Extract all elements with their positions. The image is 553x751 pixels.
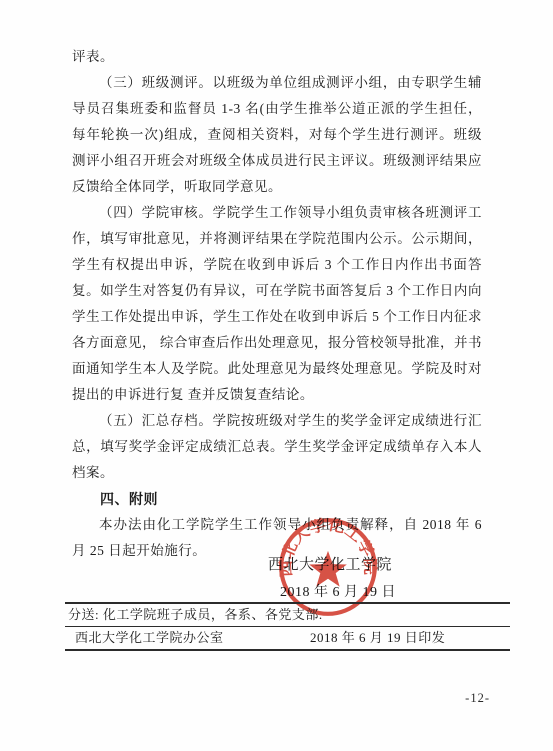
paragraph-college-audit: （四）学院审核。学院学生工作领导小组负责审核各班测评工作，填写审批意见，并将测评… <box>72 200 482 408</box>
signature-date: 2018 年 6 月 19 日 <box>280 581 396 601</box>
distribution-row: 分送: 化工学院班子成员，各系、各党支部. <box>65 604 510 627</box>
distribution-text: 分送: 化工学院班子成员，各系、各党支部. <box>65 607 323 622</box>
paragraph-continuation: 评表。 <box>72 44 482 70</box>
issuing-office: 西北大学化工学院办公室 <box>65 630 224 645</box>
section-heading-supplementary: 四、附则 <box>72 486 482 512</box>
document-body: 评表。 （三）班级测评。以班级为单位组成测评小组，由专职学生辅导员召集班委和监督… <box>72 44 482 564</box>
print-date: 2018 年 6 月 19 日印发 <box>310 627 445 649</box>
paragraph-class-evaluation: （三）班级测评。以班级为单位组成测评小组，由专职学生辅导员召集班委和监督员 1-… <box>72 70 482 200</box>
signature-organization: 西北大学化工学院 <box>268 553 392 574</box>
paragraph-summary-archive: （五）汇总存档。学院按班级对学生的奖学金评定成绩进行汇总，填写奖学金评定成绩汇总… <box>72 408 482 486</box>
document-page: 评表。 （三）班级测评。以班级为单位组成测评小组，由专职学生辅导员召集班委和监督… <box>0 0 553 751</box>
issuer-row: 西北大学化工学院办公室 2018 年 6 月 19 日印发 <box>65 627 510 649</box>
footer-distribution-block: 分送: 化工学院班子成员，各系、各党支部. 西北大学化工学院办公室 2018 年… <box>65 602 510 651</box>
page-number: -12- <box>465 691 490 706</box>
